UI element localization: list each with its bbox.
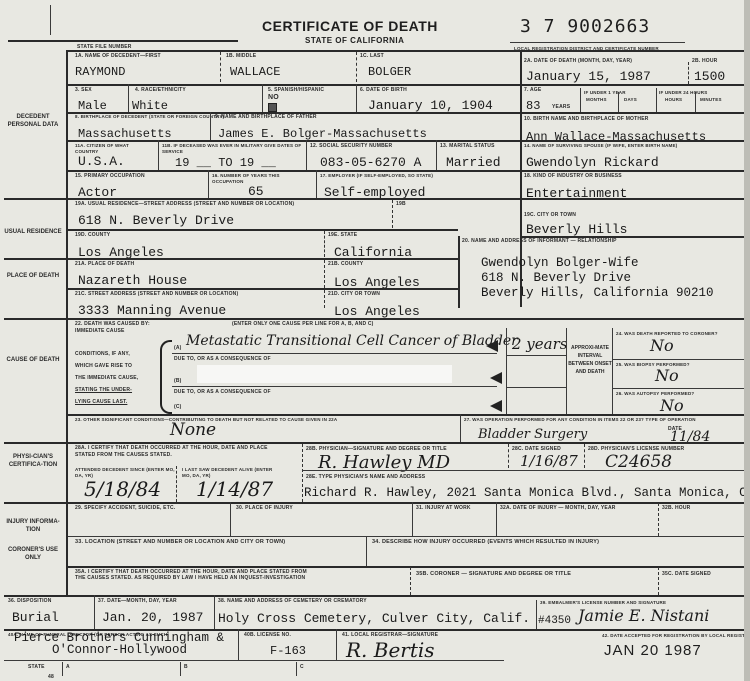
divider [506,387,566,388]
dob-value: January 10, 1904 [368,99,493,112]
ssn-label: 12. SOCIAL SECURITY NUMBER [310,143,392,149]
section-label-cause: CAUSE OF DEATH [4,356,62,364]
divider [688,62,689,84]
divider [496,502,497,536]
conditions-label-line: CONDITIONS, IF ANY, [75,351,130,357]
death-certificate: CERTIFICATE OF DEATH STATE OF CALIFORNIA… [0,0,750,681]
divider [66,50,68,595]
under-1-year-label: IF UNDER 1 YEAR [584,90,626,96]
marital-value: Married [446,156,501,169]
informant-label: 20. NAME AND ADDRESS OF INFORMANT — RELA… [462,238,617,244]
hispanic-checkbox [268,103,277,112]
divider [180,662,181,676]
physician-certify-label: 28A. I CERTIFY THAT DEATH OCCURRED AT TH… [75,445,280,459]
divider [128,84,129,112]
divider [316,170,317,198]
injury-specify-label: 29. SPECIFY ACCIDENT, SUICIDE, ETC. [75,505,175,511]
date-signed-value: 1/16/87 [520,452,578,470]
state-subtitle: STATE OF CALIFORNIA [305,36,404,45]
cause-a-value: Metastatic Transitional Cell Cancer of B… [186,333,518,349]
biopsy-value: No [655,366,679,385]
divider [412,502,413,536]
residence-street-label: 19A. USUAL RESIDENCE—STREET ADDRESS (STR… [75,201,294,207]
divider [4,660,504,661]
divider [658,567,659,595]
ssn-value: 083-05-6270 A [320,156,421,169]
divider [658,503,659,536]
place-value: Nazareth House [78,274,187,287]
divider [68,566,748,568]
divider [458,236,460,308]
injury-at-work-label: 31. INJURY AT WORK [416,505,471,511]
first-name-value: RAYMOND [75,66,125,79]
footer-state-label: STATE [28,664,45,670]
autopsy-value: No [660,396,684,415]
divider [214,595,215,629]
first-name-label: 1A. NAME OF DECEDENT—FIRST [75,53,161,59]
last-name-value: BOLGER [368,66,411,79]
age-unit: YEARS [552,104,570,110]
divider [508,444,509,468]
divider [94,595,95,629]
divider [612,328,613,414]
divider [68,50,748,52]
informant-line-1: Gwendolyn Bolger-Wife [481,257,639,270]
divider [436,140,437,170]
residence-city-value: Beverly Hills [526,223,627,236]
bracket [160,340,172,414]
disposition-date-label: 37. DATE—MONTH, DAY, YEAR [98,598,177,604]
citizen-value: U.S.A. [78,155,125,168]
divider [172,386,497,387]
divider [302,470,748,471]
zip-label: 19B [396,201,406,207]
cause-a-prefix: (A) [174,345,182,351]
informant-line-2: 618 N. Beverly Drive [481,272,631,285]
hispanic-label: 5. SPANISH/HISPANIC [268,87,324,93]
certificate-title: CERTIFICATE OF DEATH [262,18,438,34]
cause-header-label: 22. DEATH WAS CAUSED BY: [75,321,150,327]
divider [460,414,461,442]
operation-value: Bladder Surgery [478,427,587,442]
residence-city-label: 19C. CITY OR TOWN [524,212,576,218]
divider [356,52,357,82]
funeral-license-value: F-163 [270,645,306,658]
military-value: 19 __ TO 19 __ [175,157,276,170]
divider [208,170,209,198]
injury-describe-label: 34. DESCRIBE HOW INJURY OCCURRED (EVENTS… [372,539,599,545]
divider [4,442,748,444]
attended-value: 5/18/84 [84,477,161,501]
accepted-label: 42. DATE ACCEPTED FOR REGISTRATION BY LO… [602,633,750,639]
informant-line-3: Beverly Hills, California 90210 [481,287,714,300]
last-seen-value: 1/14/87 [196,477,273,501]
coroner-date-label: 35C. DATE SIGNED [662,571,711,577]
divider [50,5,51,35]
conditions-label-line: THE IMMEDIATE CAUSE, [75,375,138,381]
divider [220,52,221,82]
last-name-label: 1C. LAST [360,53,384,59]
residence-county-label: 19D. COUNTY [75,232,110,238]
arrow-icon [490,372,502,384]
divider [238,629,239,661]
divider [68,229,458,231]
divider [68,536,748,537]
months-label: MONTHS [586,97,607,103]
section-label-injury: INJURY INFORMA-TION [4,518,62,534]
place-city-value: Los Angeles [334,305,420,318]
divider [4,502,748,504]
place-street-value: 3333 Manning Avenue [78,304,226,317]
scan-edge [744,0,750,681]
divider [580,88,581,112]
operation-label: 27. WAS OPERATION PERFORMED FOR ANY COND… [464,417,744,423]
injury-location-label: 33. LOCATION (STREET AND NUMBER OR LOCAT… [75,539,285,545]
divider [324,260,325,308]
divider [230,502,231,536]
divider [296,662,297,676]
divider [68,170,748,172]
divider [612,388,748,389]
footer-48: 48 [48,674,54,680]
divider [695,92,696,112]
divider [68,414,748,416]
disposition-value: Burial [12,611,59,624]
divider [8,40,238,42]
divider [172,353,497,354]
physician-name-label: 28E. TYPE PHYSICIAN'S NAME AND ADDRESS [306,474,425,480]
mother-label: 10. BIRTH NAME AND BIRTHPLACE OF MOTHER [524,116,649,122]
embalmer-signature: Jamie E. Nistani [578,606,709,625]
divider [612,359,748,360]
coroner-reported-value: No [650,336,674,355]
conditions-label-line: STATING THE UNDER- [75,387,132,393]
conditions-label-line: WHICH GAVE RISE TO [75,363,132,369]
section-label-residence: USUAL RESIDENCE [4,228,62,236]
cause-enter-label: (ENTER ONLY ONE CAUSE PER LINE FOR A, B,… [232,321,374,327]
conditions-label-line: LYING CAUSE LAST. [75,399,127,405]
divider [584,444,585,468]
divider [618,92,619,112]
cemetery-label: 38. NAME AND ADDRESS OF CEMETERY OR CREM… [218,598,367,604]
divider [356,84,357,112]
hispanic-value: NO [268,95,279,101]
section-label-physician: PHYSI-CIAN'S CERTIFICA-TION [4,453,62,469]
due-to-label: DUE TO, OR AS A CONSEQUENCE OF [174,356,271,362]
footer-b: B [184,664,188,670]
father-label: 9. NAME AND BIRTHPLACE OF FATHER [215,114,317,120]
minutes-label: MINUTES [700,97,722,103]
spouse-value: Gwendolyn Rickard [526,156,659,169]
days-label: DAYS [624,97,637,103]
divider [4,198,748,200]
divider [510,42,685,43]
military-label: 11B. IF DECEASED WAS EVER IN MILITARY GI… [162,143,302,155]
divider [4,258,458,260]
divider [656,88,657,112]
divider [68,140,748,142]
immediate-cause-label: IMMEDIATE CAUSE [75,328,125,334]
divider [306,140,307,170]
divider [324,231,325,257]
divider [4,318,748,320]
dob-label: 6. DATE OF BIRTH [360,87,407,93]
place-county-label: 21B. COUNTY [328,261,363,267]
birthplace-label: 8. BIRTHPLACE OF DECEDENT (STATE OR FORE… [75,114,224,120]
section-label-decedent: DECEDENT PERSONAL DATA [4,113,62,129]
place-city-label: 21D. CITY OR TOWN [328,291,380,297]
divider [210,112,211,140]
divider [506,328,507,414]
redaction [197,365,452,383]
physician-name-value: Richard R. Hawley, 2021 Santa Monica Blv… [304,487,750,500]
under-24-hours-label: IF UNDER 24 HOURS [659,90,707,96]
years-value: 65 [248,185,264,198]
residence-state-label: 19E. STATE [328,232,357,238]
race-label: 4. RACE/ETHNICITY [135,87,186,93]
date-of-death-label: 2A. DATE OF DEATH (MONTH, DAY, YEAR) [524,58,632,64]
coroner-signature-label: 35B. CORONER — SIGNATURE AND DEGREE OR T… [416,571,571,577]
cause-a-interval: 2 years [512,335,567,353]
funeral-license-label: 40B. LICENSE NO. [244,632,291,638]
residence-street-value: 618 N. Beverly Drive [78,214,234,227]
divider [68,84,748,86]
marital-label: 13. MARITAL STATUS [440,143,495,149]
accepted-date-stamp: JAN 20 1987 [604,642,702,659]
divider [392,200,393,228]
middle-name-value: WALLACE [230,66,280,79]
other-conditions-value: None [170,420,216,440]
injury-hour-label: 32B. HOUR [662,505,690,511]
arrow-icon [486,340,498,352]
divider [506,355,566,356]
middle-name-label: 1B. MIDDLE [226,53,256,59]
injury-date-label: 32A. DATE OF INJURY — MONTH, DAY, YEAR [500,505,616,511]
section-label-coroner: CORONER'S USE ONLY [4,546,62,562]
cause-b-prefix: (B) [174,378,182,384]
disposition-date-value: Jan. 20, 1987 [102,611,203,624]
divider [176,466,177,502]
divider [68,288,458,290]
divider [62,662,63,676]
divider [336,629,337,661]
certificate-number: 3 7 9002663 [520,16,650,37]
hour-label: 2B. HOUR [692,58,718,64]
footer-c: C [300,664,304,670]
divider [536,600,537,630]
age-label: 7. AGE [524,87,541,93]
hours-label: HOURS [665,97,682,103]
arrow-icon [490,400,502,412]
cause-c-prefix: (C) [174,404,182,410]
divider [410,567,411,595]
spouse-label: 14. NAME OF SURVIVING SPOUSE (IF WIFE, E… [524,143,677,149]
place-street-label: 21C. STREET ADDRESS (STREET AND NUMBER O… [75,291,238,297]
hour-value: 1500 [694,70,725,83]
divider [566,328,567,414]
divider [158,140,159,170]
divider [4,595,748,597]
cemetery-value: Holy Cross Cemetery, Culver City, Calif. [218,612,530,625]
divider [366,536,367,566]
employer-label: 17. EMPLOYER (IF SELF-EMPLOYED, SO STATE… [320,173,433,179]
injury-place-label: 30. PLACE OF INJURY [236,505,293,511]
industry-label: 18. KIND OF INDUSTRY OR BUSINESS [524,173,622,179]
place-label: 21A. PLACE OF DEATH [75,261,134,267]
disposition-label: 36. DISPOSITION [8,598,52,604]
due-to-label: DUE TO, OR AS A CONSEQUENCE OF [174,389,271,395]
registrar-signature: R. Bertis [346,638,435,662]
coroner-certify-label-2: THE CAUSES STATED. AS REQUIRED BY LAW I … [75,575,305,581]
funeral-director-line-2: O'Connor-Hollywood [52,644,187,657]
occupation-label: 15. PRIMARY OCCUPATION [75,173,145,179]
date-of-death-value: January 15, 1987 [526,70,651,83]
interval-label: APPROXI-MATE INTERVAL BETWEEN ONSET AND … [568,344,612,376]
embalmer-license-value: #4350 [538,615,571,628]
license-value: C24658 [605,452,672,472]
divider [262,84,263,112]
section-label-place: PLACE OF DEATH [4,272,62,280]
footer-a: A [66,664,70,670]
sex-label: 3. SEX [75,87,92,93]
divider [302,444,303,502]
